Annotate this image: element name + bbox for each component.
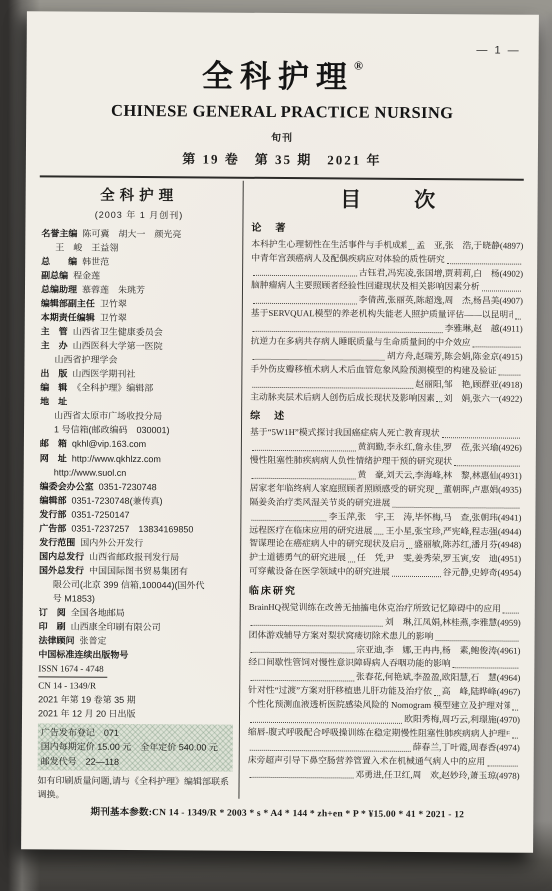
info-entry-value: 程金莲: [73, 271, 100, 281]
price-highlight-block: 广告发布登记 071国内每期定价 15.00 元 全年定价 540.00 元邮发…: [38, 723, 233, 772]
info-entry-label: 编辑部: [39, 495, 66, 505]
toc-dotted-leader: [253, 303, 357, 305]
toc-item-authors: 李雅琳,赵 越(4911): [445, 322, 523, 336]
info-entry: 发行范围国内外公开发行: [39, 535, 234, 550]
toc-item-title-line: 床旁超声引导下鼻空肠营养管置入术在机械通气病人中的应用: [248, 753, 520, 769]
toc-item: 个性化预测血液透析医院感染风险的 Nomogram 模型建立及护理对策欧阳秀梅,…: [248, 698, 520, 728]
toc-item: 中青年宫颈癌病人及配偶疾病应对体验的质性研究古钰君,冯宪凌,张国增,贾莉莉,白 …: [251, 251, 523, 281]
toc-item-title: 基于SERVQUAL模型的养老机构失能老人照护质量评估——以昆明市某机构为例: [251, 307, 513, 323]
toc-item-title: 居家老年临终病人家庭照顾者照顾感受的研究现状: [250, 482, 434, 497]
left-info-panel: 全科护理 (2003 年 1 月创刊) 名誉主编陈可冀 胡大一 颜光亮王 峻 王…: [35, 179, 243, 798]
toc-item-authors: 黄润勤,李永红,詹永佳,罗 莅,张兴瑜(4926): [358, 441, 522, 456]
toc-dotted-leader: [499, 374, 521, 375]
info-entry-value: 全国各地邮局: [71, 607, 125, 617]
left-panel-title: 全科护理: [42, 183, 237, 205]
toc-section-heading: 综 述: [250, 409, 522, 427]
info-entry-value: 山西康全印刷有限公司: [71, 621, 161, 632]
toc-item-title: 床旁超声引导下鼻空肠营养管置入术在机械通气病人中的应用: [248, 753, 486, 769]
info-entry-label: 网 址: [40, 453, 67, 463]
toc-dotted-leader: [406, 548, 412, 549]
info-entry-label: 发行范围: [39, 537, 75, 547]
info-entry-label: 邮 箱: [40, 439, 67, 449]
toc-item-title: 缩唇-腹式呼吸配合呼吸操训练在稳定期慢性阻塞性肺疾病病人护理中的应用: [248, 726, 510, 742]
toc-item-title: 手外伤皮瓣移植术病人术后血管危象风险预测模型的构建及验证: [250, 363, 496, 379]
toc-item-title: 主动脉夹层术后病人创伤后成长现状及影响因素分析: [250, 390, 434, 405]
toc-dotted-leader: [435, 640, 518, 642]
page-number: — 1 —: [476, 44, 520, 56]
journal-cover-page: — 1 — 全科护理® CHINESE GENERAL PRACTICE NUR…: [21, 11, 539, 853]
toc-dotted-leader: [512, 737, 518, 738]
info-entry-value: 山西医科大学第一医院: [73, 341, 163, 352]
info-entry-value: 0351-7230748: [99, 481, 157, 491]
info-entry: 名誉主编陈可冀 胡大一 颜光亮: [41, 226, 236, 241]
toc-item-title: 基于“5W1H”模式探讨我国癌症病人死亡教育现状: [250, 426, 440, 441]
toc-dotted-leader: [392, 506, 519, 508]
issue-date-line: 2021 年 12 月 20 日出版: [38, 706, 233, 721]
toc-item-title-line: 可穿戴设备在医学领域中的研究进展谷元静,史婷奇(4954): [249, 565, 521, 581]
toc-item-title: 慢性阻塞性肺疾病病人负性情绪护理干预的研究现状: [250, 454, 452, 469]
toc-item-authors: 张春花,何艳斌,李盈盈,欧阳慧,石 慧(4964): [356, 671, 520, 686]
toc-dotted-leader: [251, 624, 383, 626]
toc-dotted-leader: [348, 562, 355, 563]
info-entry: 编 辑《全科护理》编辑部: [40, 381, 235, 396]
toc-dotted-leader: [473, 346, 521, 347]
info-entry-label: 广告部: [39, 523, 66, 533]
info-entry-label: 国外总发行: [39, 565, 84, 575]
info-entry: 广告部0351-7237257 13834169850: [39, 521, 234, 536]
issue-date-lines: 2021 年第 19 卷第 35 期2021 年 12 月 20 日出版: [38, 692, 233, 721]
info-entry-value: http://www.suol.cn: [40, 465, 235, 480]
info-entry: 邮 箱qkhl@vip.163.com: [40, 437, 235, 452]
toc-dotted-leader: [487, 765, 517, 766]
info-entry-value: 山西省护理学会: [40, 353, 235, 368]
toc-dotted-leader: [252, 478, 356, 480]
toc-item: 隔姜灸治疗类风湿关节炎的研究进展李玉萍,张 宇,王 涛,毕怀梅,马 查,张朝玮(…: [249, 496, 521, 526]
toc-item-title: 隔姜灸治疗类风湿关节炎的研究进展: [249, 496, 390, 511]
masthead: 全科护理® CHINESE GENERAL PRACTICE NURSING 旬…: [40, 49, 525, 169]
toc-dotted-leader: [252, 450, 356, 452]
info-entry-value: 《全科护理》编辑部: [72, 383, 153, 394]
info-entry-value: 限公司(北京 399 信箱,100044)(国外代: [39, 577, 234, 592]
toc-item-title: 针对性“过渡”方案对肝移植患儿肝功能及治疗依从性的影响: [248, 684, 432, 699]
toc-item-title: 护士道德勇气的研究进展: [249, 551, 346, 566]
info-entry: 发行部0351-7250147: [39, 507, 234, 522]
info-entry-value: 张普定: [80, 636, 107, 646]
publication-frequency: 旬刊: [40, 127, 524, 145]
toc-item-title: 个性化预测血液透析医院感染风险的 Nomogram 模型建立及护理对策: [248, 698, 510, 714]
toc-item-authors: 王小星,张宝珍,严宪峰,程志强(4944): [386, 524, 522, 539]
toc-item-authors: 谷元静,史婷奇(4954): [443, 566, 522, 580]
toc-item-title-line: 手外伤皮瓣移植术病人术后血管危象风险预测模型的构建及验证: [250, 363, 522, 379]
info-entry: 主 办山西医科大学第一医院: [41, 339, 236, 354]
print-quality-note: 如有印刷质量问题,请与《全科护理》编辑部联系调换。: [37, 775, 232, 804]
toc-item-authors: 宗亚迪,李 娜,王冉冉,杨 素,鲍俊涛(4961): [356, 643, 520, 658]
info-entry-label: 国内总发行: [39, 551, 84, 561]
toc-item: 脑肿瘤病人主要照顾者经验性回避现状及相关影响因素分析李倩茜,张丽英,陈超逸,周 …: [251, 279, 523, 309]
toc-dotted-leader: [408, 249, 414, 250]
toc-item-authors: 赵丽阳,邹 艳,顾群亚(4918): [415, 378, 522, 393]
info-entry-label: 编 辑: [40, 383, 67, 393]
info-entry-value: 山西医学期刊社: [72, 369, 135, 379]
toc-item: 手外伤皮瓣移植术病人术后血管危象风险预测模型的构建及验证赵丽阳,邹 艳,顾群亚(…: [250, 363, 522, 393]
info-entry-value: 0351-7237257 13834169850: [71, 523, 193, 534]
info-entry-value: 1 号信箱(邮政编码 030001): [40, 423, 235, 438]
info-entry-value: 卫竹翠: [100, 299, 127, 309]
toc-item-title-line: 隔姜灸治疗类风湿关节炎的研究进展: [249, 496, 521, 512]
toc-item: 基于“5W1H”模式探讨我国癌症病人死亡教育现状黄润勤,李永红,詹永佳,罗 莅,…: [250, 426, 522, 456]
toc-dotted-leader: [253, 331, 443, 333]
toc-item: 可穿戴设备在医学领域中的研究进展谷元静,史婷奇(4954): [249, 565, 521, 581]
info-entry-value: 王 峻 王益翎: [41, 240, 236, 255]
toc-item: BrainHQ视觉训练在改善无抽搐电休克治疗所致记忆障碍中的应用刘 琳,江凤娟,…: [249, 601, 521, 631]
info-entry-value: 韩世范: [82, 257, 109, 267]
info-entry-value: 山西省卫生健康委员会: [73, 327, 163, 338]
toc-item-title-line: 脑肿瘤病人主要照顾者经验性回避现状及相关影响因素分析: [251, 279, 523, 295]
toc-dotted-leader: [512, 710, 518, 711]
toc-item-title: 远程医疗在临床应用的研究进展: [249, 523, 372, 538]
highlight-line: 邮发代号 22—118: [41, 754, 230, 770]
info-entry: 国内总发行山西省邮政报刊发行局: [39, 549, 234, 564]
info-entry: 地 址: [40, 395, 235, 410]
toc-item-authors: 胡方舟,赵瑞芳,陈会娟,陈金京(4915): [387, 350, 523, 365]
toc-item-title-line: 个性化预测血液透析医院感染风险的 Nomogram 模型建立及护理对策: [248, 698, 520, 714]
toc-item-title-line: 缩唇-腹式呼吸配合呼吸操训练在稳定期慢性阻塞性肺疾病病人护理中的应用: [248, 726, 520, 742]
toc-item-title-line: 中青年宫颈癌病人及配偶疾病应对体验的质性研究: [251, 251, 523, 267]
toc-dotted-leader: [250, 722, 402, 724]
info-entry-label: 名誉主编: [41, 228, 77, 238]
toc-dotted-leader: [442, 437, 520, 439]
info-entry-label: 主 管: [41, 327, 68, 337]
info-entry-label: 总编助理: [41, 284, 77, 294]
toc-item: 缩唇-腹式呼吸配合呼吸操训练在稳定期慢性阻塞性肺疾病病人护理中的应用薛春兰,丁叶…: [248, 726, 520, 756]
info-entry-value: 中国国际图书贸易集团有: [89, 565, 188, 576]
info-entry: 副总编程金莲: [41, 268, 236, 283]
info-entry-label: 本期责任编辑: [41, 313, 95, 323]
toc-item-title-line: 抗逆力在多病共存病人睡眠质量与生命质量间的中介效应: [251, 335, 523, 351]
toc-item-authors: 高 峰,陆晔峰(4967): [442, 685, 521, 699]
journal-title-cn-text: 全科护理: [202, 58, 354, 94]
toc-dotted-leader: [250, 680, 354, 682]
toc-item-title-line: 经口间歇性管饲对慢性意识障碍病人吞咽功能的影响: [248, 656, 520, 672]
info-entry: 编委会办公室0351-7230748: [40, 479, 235, 494]
info-entry: 总编助理慕蓉莲 朱珧芳: [41, 282, 236, 297]
info-entry-label: 发行部: [39, 509, 66, 519]
toc-title: 目 次: [252, 183, 524, 215]
toc-item-authors: 刘 娟,张六一(4922): [444, 392, 523, 406]
info-entry-value: 号 M1853): [39, 591, 234, 606]
toc-item-authors: 李倩茜,张丽英,陈超逸,周 杰,杨昌美(4907): [359, 294, 523, 309]
pub-number-label: 中国标准连续出版物号: [38, 647, 233, 662]
toc-item-authors: 刘 琳,江凤娟,林桂燕,李雅慧(4959): [385, 616, 521, 631]
founded-line: (2003 年 1 月创刊): [41, 207, 236, 221]
toc-item-authors: 孟 亚,张 浩,于晓静(4897): [416, 239, 523, 254]
info-entry: 国外总发行中国国际图书贸易集团有: [39, 563, 234, 578]
toc-item-title-line: BrainHQ视觉训练在改善无抽搐电休克治疗所致记忆障碍中的应用: [249, 601, 521, 617]
toc-dotted-leader: [253, 359, 385, 361]
info-entry: 法律顾问张普定: [38, 633, 233, 648]
info-entry-value: 陈可冀 胡大一 颜光亮: [82, 229, 181, 240]
info-entry-value: 国内外公开发行: [80, 537, 143, 547]
info-entry-label: 订 阅: [39, 607, 66, 617]
toc-item-title: 经口间歇性管饲对慢性意识障碍病人吞咽功能的影响: [248, 656, 450, 671]
table-of-contents: 目 次 论 著本科护生心理韧性在生活事件与手机成瘾间的中介作用孟 亚,张 浩,于…: [239, 181, 523, 801]
info-entry: 订 阅全国各地邮局: [39, 605, 234, 620]
toc-item-authors: 古钰君,冯宪凌,张国增,贾莉莉,白 杨(4902): [359, 266, 523, 281]
toc-dotted-leader: [436, 402, 442, 403]
info-entry-value: qkhl@vip.163.com: [72, 439, 146, 450]
toc-item-authors: 任 凭,尹 雯,姜秀荣,罗玉寅,安 迪(4951): [357, 552, 521, 567]
toc-dotted-leader: [374, 534, 383, 535]
toc-dotted-leader: [503, 612, 519, 613]
issue-date-line: 2021 年第 19 卷第 35 期: [38, 692, 233, 707]
toc-item: 团体游戏辅导方案对梨状窝瘘切除术患儿的影响宗亚迪,李 娜,王冉冉,杨 素,鲍俊涛…: [248, 628, 520, 658]
info-entry: 网 址http://www.qkhlzz.com: [40, 451, 235, 466]
toc-dotted-leader: [515, 319, 521, 320]
toc-dotted-leader: [250, 652, 354, 654]
info-entry-value: 0351-7250147: [71, 509, 129, 519]
info-entry-label: 主 办: [41, 341, 68, 351]
toc-dotted-leader: [253, 275, 357, 277]
toc-dotted-leader: [250, 777, 354, 779]
toc-dotted-leader: [482, 291, 521, 292]
info-entry-label: 法律顾问: [39, 635, 75, 645]
info-entry: 本期责任编辑卫竹翠: [41, 311, 236, 326]
toc-section-heading: 临床研究: [249, 584, 521, 602]
toc-dotted-leader: [251, 519, 326, 521]
toc-item-title-line: 慢性阻塞性肺疾病病人负性情绪护理干预的研究现状: [250, 454, 522, 470]
toc-item-title-line: 基于“5W1H”模式探讨我国癌症病人死亡教育现状: [250, 426, 522, 442]
info-entry-label: 副总编: [41, 270, 68, 280]
info-entry: 总 编韩世范: [41, 254, 236, 269]
toc-item: 床旁超声引导下鼻空肠营养管置入术在机械通气病人中的应用邓勇进,任卫红,周 欢,赵…: [248, 753, 520, 783]
toc-item: 抗逆力在多病共存病人睡眠质量与生命质量间的中介效应胡方舟,赵瑞芳,陈会娟,陈金京…: [250, 335, 522, 365]
toc-dotted-leader: [434, 695, 440, 696]
info-entry-label: 印 刷: [39, 621, 66, 631]
content-columns: 全科护理 (2003 年 1 月创刊) 名誉主编陈可冀 胡大一 颜光亮王 峻 王…: [35, 179, 523, 800]
toc-item-authors: 欧阳秀梅,周巧云,利璟施(4970): [404, 713, 520, 728]
toc-section-heading: 论 著: [251, 221, 523, 239]
toc-item-title-line: 主动脉夹层术后病人创伤后成长现状及影响因素分析刘 娟,张六一(4922): [250, 390, 522, 406]
toc-dotted-leader: [252, 386, 413, 388]
info-entry-label: 总 编: [41, 256, 77, 266]
toc-item-title: 可穿戴设备在医学领域中的研究进展: [249, 565, 390, 580]
masthead-info-list: 名誉主编陈可冀 胡大一 颜光亮王 峻 王益翎总 编韩世范副总编程金莲总编助理慕蓉…: [38, 226, 236, 648]
info-entry-label: 出 版: [40, 369, 67, 379]
toc-item-authors: 黄 豪,刘天云,李海峰,林 黎,林惠仙(4931): [357, 468, 521, 483]
publication-number-block: 中国标准连续出版物号 ISSN 1674 - 4748 CN 14 - 1349…: [38, 647, 234, 722]
highlight-line: 广告发布登记 071: [41, 725, 230, 741]
toc-item-authors: 邓勇进,任卫红,周 欢,赵妙玲,萧玉琼(4978): [355, 768, 519, 783]
toc-item: 基于SERVQUAL模型的养老机构失能老人照护质量评估——以昆明市某机构为例李雅…: [251, 307, 523, 337]
toc-item-title: 脑肿瘤病人主要照顾者经验性回避现状及相关影响因素分析: [251, 279, 480, 294]
toc-item-authors: 盛丽敏,陈苏红,潘月芬(4948): [414, 538, 521, 553]
toc-item-authors: 董朝晖,卢惠娟(4935): [443, 483, 522, 497]
journal-title-en: CHINESE GENERAL PRACTICE NURSING: [40, 100, 524, 123]
toc-body: 论 著本科护生心理韧性在生活事件与手机成瘾间的中介作用孟 亚,张 浩,于晓静(4…: [248, 221, 524, 783]
info-entry-label: 地 址: [40, 397, 67, 407]
toc-dotted-leader: [392, 576, 441, 577]
cn-number: CN 14 - 1349/R: [38, 677, 233, 693]
info-entry-value: http://www.qkhlzz.com: [72, 453, 161, 464]
toc-dotted-leader: [454, 465, 520, 466]
info-entry: 印 刷山西康全印刷有限公司: [39, 619, 234, 634]
highlight-line: 国内每期定价 15.00 元 全年定价 540.00 元: [41, 740, 230, 756]
toc-item: 经口间歇性管饲对慢性意识障碍病人吞咽功能的影响张春花,何艳斌,李盈盈,欧阳慧,石…: [248, 656, 520, 686]
journal-title-cn: 全科护理®: [40, 49, 524, 97]
journal-basic-parameters: 期刊基本参数:CN 14 - 1349/R * 2003 * s * A4 * …: [35, 803, 519, 820]
toc-item-title: 智谋理论在癌症病人中的研究现状及启示: [249, 537, 404, 552]
toc-item-title-line: 团体游戏辅导方案对梨状窝瘘切除术患儿的影响: [249, 628, 521, 644]
issn-number: ISSN 1674 - 4748: [38, 661, 107, 678]
info-entry: 编辑部0351-7230748(兼传真): [39, 493, 234, 508]
toc-item: 慢性阻塞性肺疾病病人负性情绪护理干预的研究现状黄 豪,刘天云,李海峰,林 黎,林…: [250, 454, 522, 484]
toc-item-title: 团体游戏辅导方案对梨状窝瘘切除术患儿的影响: [249, 628, 434, 643]
toc-item-title: 抗逆力在多病共存病人睡眠质量与生命质量间的中介效应: [251, 335, 471, 350]
toc-item-title: BrainHQ视觉训练在改善无抽搐电休克治疗所致记忆障碍中的应用: [249, 601, 501, 617]
info-entry-value: 慕蓉莲 朱珧芳: [82, 285, 145, 295]
toc-item-title: 中青年宫颈癌病人及配偶疾病应对体验的质性研究: [251, 251, 445, 266]
volume-issue-line: 第 19 卷 第 35 期 2021 年: [40, 147, 524, 169]
info-entry-value: 山西省邮政报刊发行局: [89, 551, 179, 562]
toc-item-author-line: 邓勇进,任卫红,周 欢,赵妙玲,萧玉琼(4978): [248, 767, 520, 783]
info-entry: 主 管山西省卫生健康委员会: [41, 325, 236, 340]
toc-item-authors: 薛春兰,丁叶霞,周春香(4974): [413, 741, 520, 756]
info-entry: 出 版山西医学期刊社: [40, 367, 235, 382]
toc-dotted-leader: [453, 668, 519, 669]
toc-item: 主动脉夹层术后病人创伤后成长现状及影响因素分析刘 娟,张六一(4922): [250, 390, 522, 406]
toc-item-title-line: 基于SERVQUAL模型的养老机构失能老人照护质量评估——以昆明市某机构为例: [251, 307, 523, 323]
info-entry-value: 卫竹翠: [100, 313, 127, 323]
toc-dotted-leader: [250, 749, 411, 751]
toc-dotted-leader: [447, 263, 521, 265]
info-entry-label: 编委会办公室: [40, 481, 94, 491]
info-entry-value: 山西省太原市广场收投分局: [40, 409, 235, 424]
info-entry-value: 0351-7230748(兼传真): [71, 495, 162, 506]
toc-item-title: 本科护生心理韧性在生活事件与手机成瘾间的中介作用: [251, 238, 406, 253]
registered-trademark-mark: ®: [354, 59, 363, 73]
toc-item-authors: 李玉萍,张 宇,王 涛,毕怀梅,马 查,张朝玮(4941): [329, 510, 522, 525]
info-entry: 编辑部副主任卫竹翠: [41, 296, 236, 311]
toc-dotted-leader: [435, 493, 441, 494]
info-entry-label: 编辑部副主任: [41, 298, 95, 308]
